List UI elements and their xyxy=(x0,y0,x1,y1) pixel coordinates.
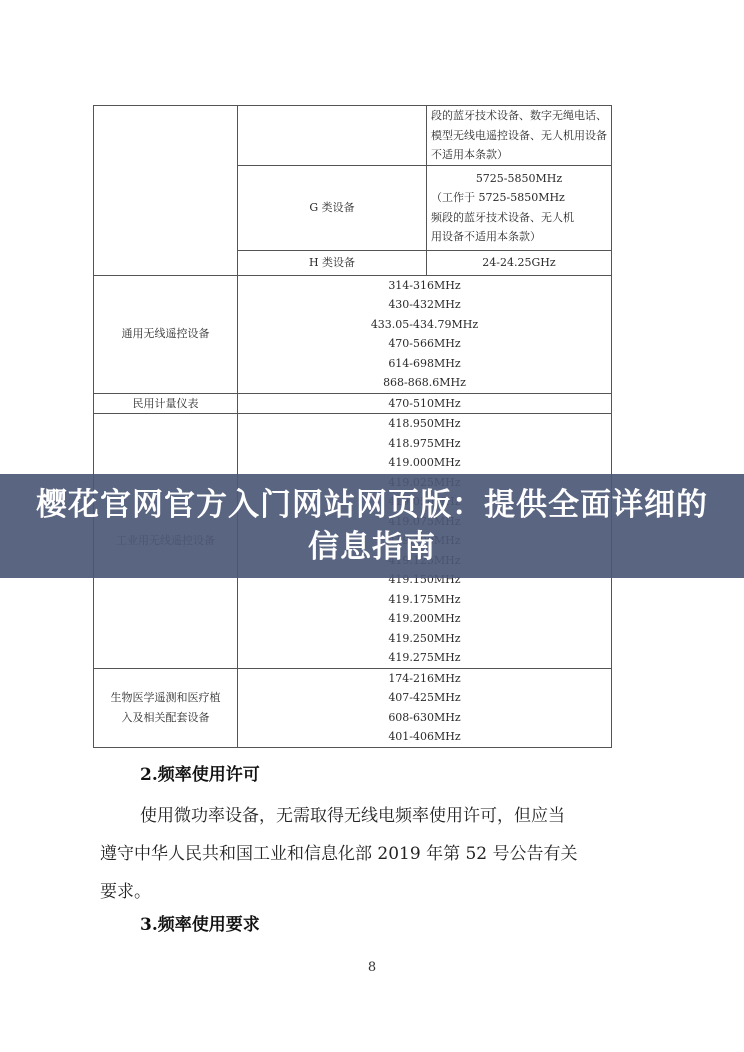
freq-item: 419.175MHz xyxy=(242,590,607,610)
para-line: 要求。 xyxy=(100,873,648,911)
note-line: 用设备不适用本条款） xyxy=(431,227,607,247)
device-class-h: H 类设备 xyxy=(238,250,427,275)
frequency-table: 段的蓝牙技术设备、数字无绳电话、模型无线电遥控设备、无人机用设备不适用本条款） … xyxy=(93,105,612,748)
freq-item: 419.275MHz xyxy=(242,648,607,668)
freq-line: 5725-5850MHz xyxy=(431,169,607,189)
table-row: 通用无线遥控设备 314-316MHz 430-432MHz 433.05-43… xyxy=(94,275,612,393)
freq-item: 419.000MHz xyxy=(242,453,607,473)
section-paragraph: 使用微功率设备，无需取得无线电频率使用许可，但应当 遵守中华人民共和国工业和信息… xyxy=(100,797,648,911)
freq-item: 868-868.6MHz xyxy=(242,373,607,393)
table-row: 段的蓝牙技术设备、数字无绳电话、模型无线电遥控设备、无人机用设备不适用本条款） xyxy=(94,106,612,166)
section-heading-3: 3.频率使用要求 xyxy=(140,910,260,935)
freq-item: 401-406MHz xyxy=(242,727,607,747)
table-row: 民用计量仪表 470-510MHz xyxy=(94,393,612,414)
freq-item: 418.975MHz xyxy=(242,434,607,454)
table-cell-empty xyxy=(238,106,427,166)
table-cell-freq-h: 24-24.25GHz xyxy=(427,250,612,275)
device-type-general-remote: 通用无线遥控设备 xyxy=(94,275,238,393)
table-cell-empty xyxy=(94,106,238,276)
table-cell-note: 段的蓝牙技术设备、数字无绳电话、模型无线电遥控设备、无人机用设备不适用本条款） xyxy=(427,106,612,166)
table-cell-freq-g: 5725-5850MHz （工作于 5725-5850MHz 频段的蓝牙技术设备… xyxy=(427,165,612,250)
freq-item: 418.950MHz xyxy=(242,414,607,434)
page-number: 8 xyxy=(0,960,744,975)
note-line: （工作于 5725-5850MHz xyxy=(431,188,607,208)
para-line: 使用微功率设备，无需取得无线电频率使用许可，但应当 xyxy=(100,797,648,835)
freq-item: 419.250MHz xyxy=(242,629,607,649)
banner-title: 樱花官网官方入门网站网页版：提供全面详细的信息指南 xyxy=(22,484,722,568)
device-type-medical: 生物医学遥测和医疗植 入及相关配套设备 xyxy=(94,668,238,747)
para-line: 遵守中华人民共和国工业和信息化部 2019 年第 52 号公告有关 xyxy=(100,835,648,873)
freq-item: 174-216MHz xyxy=(242,669,607,689)
freq-item: 433.05-434.79MHz xyxy=(242,315,607,335)
label-line: 入及相关配套设备 xyxy=(98,708,233,728)
label-line: 生物医学遥测和医疗植 xyxy=(98,688,233,708)
freq-item: 470-566MHz xyxy=(242,334,607,354)
device-type-meter: 民用计量仪表 xyxy=(94,393,238,414)
note-line: 频段的蓝牙技术设备、无人机 xyxy=(431,208,607,228)
freq-list: 174-216MHz 407-425MHz 608-630MHz 401-406… xyxy=(238,668,612,747)
freq-item: 407-425MHz xyxy=(242,688,607,708)
para-text: 使用微功率设备，无需取得无线电频率使用许可，但应当 xyxy=(140,806,565,826)
freq-item: 430-432MHz xyxy=(242,295,607,315)
freq-item: 314-316MHz xyxy=(242,276,607,296)
title-banner: 樱花官网官方入门网站网页版：提供全面详细的信息指南 xyxy=(0,474,744,578)
freq-item: 419.200MHz xyxy=(242,609,607,629)
freq-item: 614-698MHz xyxy=(242,354,607,374)
freq-list: 314-316MHz 430-432MHz 433.05-434.79MHz 4… xyxy=(238,275,612,393)
section-heading-2: 2.频率使用许可 xyxy=(140,760,260,785)
device-class-g: G 类设备 xyxy=(238,165,427,250)
table-row: 生物医学遥测和医疗植 入及相关配套设备 174-216MHz 407-425MH… xyxy=(94,668,612,747)
freq-item: 470-510MHz xyxy=(238,393,612,414)
freq-item: 608-630MHz xyxy=(242,708,607,728)
